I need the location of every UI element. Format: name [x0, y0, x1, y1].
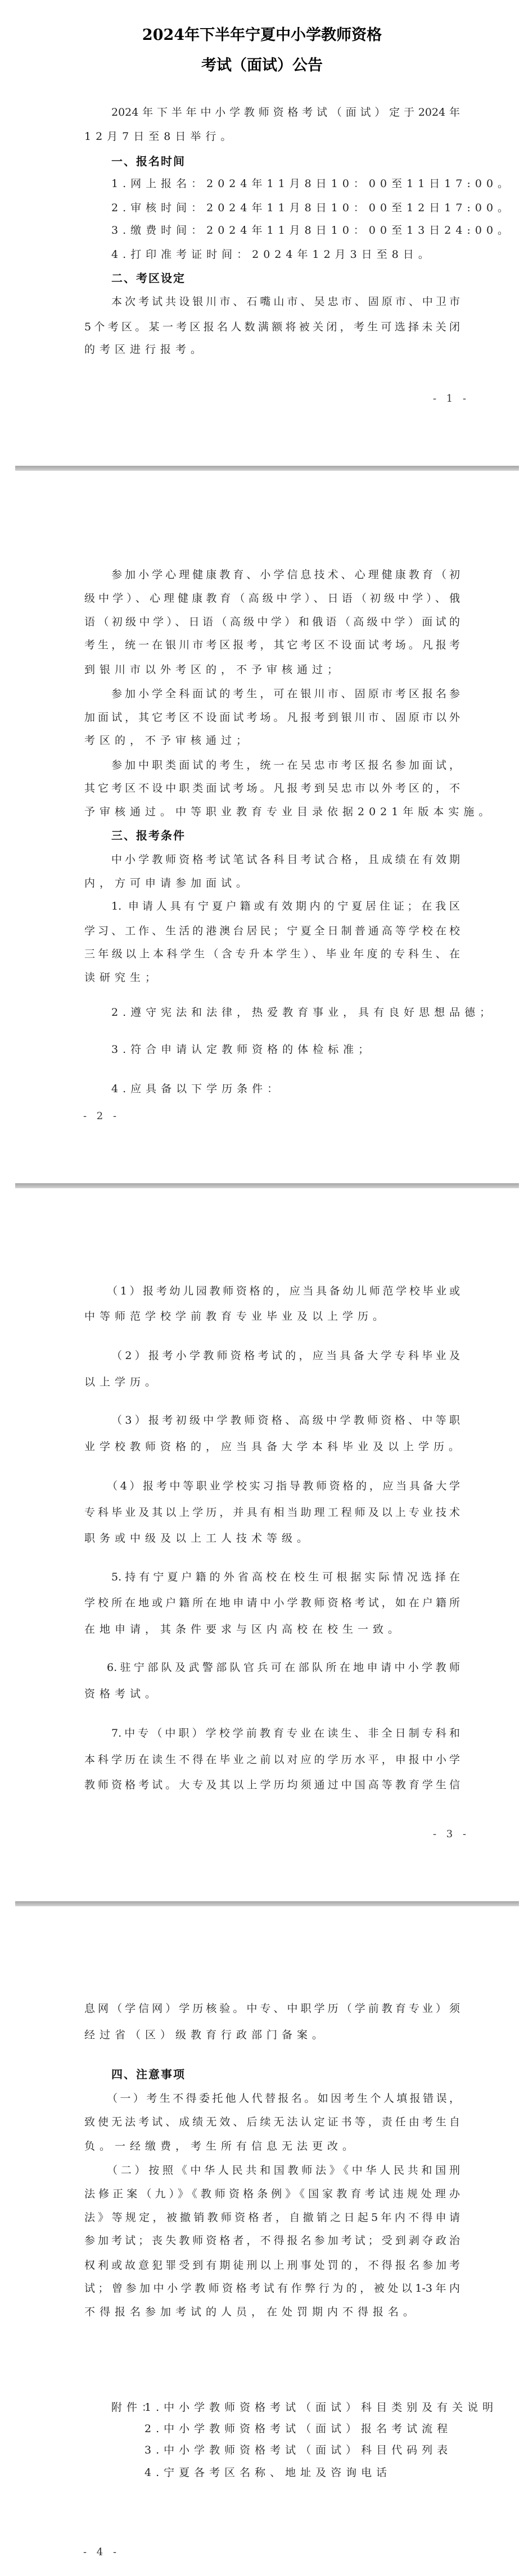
edu-req-4-line-3: 职务或中级及以上工人技术等级。: [84, 1532, 460, 1545]
edu-req-3-line-1: （3）报考初级中学教师资格、高级中学教师资格、中等职: [111, 1414, 460, 1427]
eligibility-item-7-line-2: 本科学历在读生不得在毕业之前以对应的学历水平，申报中小学: [84, 1753, 460, 1766]
page-separator-3: [15, 1901, 519, 1906]
eligibility-item-6-line-2: 资格考试。: [84, 1687, 460, 1701]
note-1-line-1: （一）考生不得委托他人代替报名。如因考生个人填报错误，: [107, 2092, 460, 2105]
eligibility-item-7-line-3: 教师资格考试。大专及其以上学历均须通过中国高等教育学生信: [84, 1778, 460, 1792]
attachment-1[interactable]: 1.中小学教师资格考试（面试）科目类别及有关说明: [144, 2401, 498, 2414]
edu-req-2-line-1: （2）报考小学教师资格考试的，应当具备大学专科毕业及: [111, 1349, 460, 1362]
page-separator-1: [15, 466, 519, 471]
registration-item-1: 1.网上报名：2024年11月8日10：00至11日17:00。: [111, 177, 460, 190]
general-para-line-3: 考区的，不予审核通过；: [84, 734, 460, 747]
eligibility-item-5-line-3: 在地申请，其条件要求与区内高校在校生一致。: [84, 1623, 460, 1636]
note-2-line-4: 参加考试；丧失教师资格者，不得报名参加考试；受到剥夺政治: [84, 2234, 460, 2247]
eligibility-para-line-1: 中小学教师资格考试笔试各科目考试合格，且成绩在有效期: [111, 853, 460, 866]
note-1-line-2: 致使无法考试、成绩无效、后续无法认定证书等，责任由考生自: [84, 2115, 460, 2129]
eligibility-item-1-line-4: 读研究生；: [84, 971, 460, 984]
note-2-line-6: 试；曾参加中小学教师资格考试有作弊行为的，被处以1-3年内: [84, 2282, 460, 2295]
edu-req-4-line-1: （4）报考中等职业学校实习指导教师资格的，应当具备大学: [107, 1479, 460, 1493]
document-title-line-2: 考试（面试）公告: [0, 56, 524, 75]
eligibility-item-5-line-1: 5.持有宁夏户籍的外省高校在校生可根据实际情况选择在: [111, 1570, 460, 1584]
page-number-4: - 4 -: [83, 2546, 120, 2559]
exam-areas-line-3: 的考区进行报考。: [84, 343, 460, 356]
general-para-line-2: 加面试，其它考区不设面试考场。凡报考到银川市、固原市以外: [84, 711, 460, 724]
exam-areas-line-1: 本次考试共设银川市、石嘴山市、吴忠市、固原市、中卫市: [111, 295, 460, 308]
edu-req-3-line-2: 业学校教师资格的，应当具备大学本科毕业及以上学历。: [84, 1440, 460, 1453]
note-2-line-7: 不得报名参加考试的人员，在处罚期内不得报名。: [84, 2305, 460, 2319]
eligibility-item-7-line-1: 7.中专（中职）学校学前教育专业在读生、非全日制专科和: [111, 1727, 460, 1740]
psych-para-line-3: 语（初级中学）、日语（高级中学）和俄语（高级中学）面试的: [84, 615, 460, 629]
attachment-2[interactable]: 2.中小学教师资格考试（面试）报名考试流程: [144, 2422, 452, 2436]
psych-para-line-1: 参加小学心理健康教育、小学信息技术、心理健康教育（初: [111, 568, 460, 581]
edu-req-1-line-2: 中等师范学校学前教育专业毕业及以上学历。: [84, 1310, 460, 1323]
page-number-3: - 3 -: [433, 1828, 469, 1841]
psych-para-line-2: 级中学）、心理健康教育（高级中学）、日语（初级中学）、俄: [84, 592, 460, 605]
eligibility-item-7-line-4: 息网（学信网）学历核验。中专、中职学历（学前教育专业）须: [84, 2002, 460, 2015]
attachment-3[interactable]: 3.中小学教师资格考试（面试）科目代码列表: [144, 2443, 452, 2457]
page-number-2: - 2 -: [83, 1110, 120, 1123]
document-title-line-1: 2024年下半年宁夏中小学教师资格: [0, 26, 524, 45]
eligibility-item-1-line-2: 学习、工作、生活的港澳台居民；宁夏全日制普通高等学校在校: [84, 924, 460, 938]
edu-req-4-line-2: 专科毕业及其以上学历，并具有相当助理工程师及以上专业技术: [84, 1506, 460, 1519]
psych-para-line-4: 考生，统一在银川市考区报考，其它考区不设面试考场。凡报考: [84, 638, 460, 652]
eligibility-item-7-line-5: 经过省（区）级教育行政部门备案。: [84, 2028, 460, 2042]
vocational-para-line-2: 其它考区不设中职类面试考场。凡报考到吴忠市以外考区的，不: [84, 782, 460, 795]
edu-req-1-line-1: （1）报考幼儿园教师资格的，应当具备幼儿师范学校毕业或: [107, 1284, 460, 1298]
exam-areas-line-2: 5个考区。某一考区报名人数满额将被关闭，考生可选择未关闭: [84, 320, 460, 334]
edu-req-2-line-2: 以上学历。: [84, 1375, 460, 1389]
intro-line-1: 2024年下半年中小学教师资格考试（面试）定于2024年: [111, 106, 460, 119]
note-2-line-1: （二）按照《中华人民共和国教师法》《中华人民共和国刑: [107, 2164, 460, 2177]
attachment-4[interactable]: 4.宁夏各考区名称、地址及咨询电话: [144, 2466, 391, 2479]
vocational-para-line-3: 予审核通过。中等职业教育专业目录依据2021年版本实施。: [84, 805, 460, 819]
page-separator-2: [15, 1183, 519, 1188]
registration-item-2: 2.审核时间：2024年11月8日10：00至12日17:00。: [111, 201, 460, 215]
eligibility-item-4: 4.应具备以下学历条件：: [111, 1082, 460, 1096]
eligibility-item-3: 3.符合申请认定教师资格的体检标准；: [111, 1043, 460, 1056]
eligibility-item-6-line-1: 6.驻宁部队及武警部队官兵可在部队所在地申请中小学教师: [107, 1661, 460, 1674]
note-2-line-5: 权利或故意犯罪受到有期徒刑以上刑事处罚的，不得报名参加考: [84, 2259, 460, 2272]
psych-para-line-5: 到银川市以外考区的，不予审核通过；: [84, 663, 460, 676]
eligibility-item-1-line-3: 三年级以上本科学生（含专升本学生）、毕业年度的专科生、在: [84, 947, 460, 961]
section-heading-eligibility: 三、报考条件: [111, 829, 487, 842]
vocational-para-line-1: 参加中职类面试的考生，统一在吴忠市考区报名参加面试，: [111, 758, 460, 772]
section-heading-notes: 四、注意事项: [111, 2068, 487, 2081]
note-2-line-2: 法修正案（九）》《教师资格条例》《国家教育考试违规处理办: [84, 2187, 460, 2201]
eligibility-para-line-2: 内，方可申请参加面试。: [84, 876, 460, 890]
section-heading-exam-areas: 二、考区设定: [111, 271, 487, 285]
section-heading-registration-time: 一、报名时间: [111, 155, 487, 168]
registration-item-4: 4.打印准考证时间：2024年12月3日至8日。: [111, 248, 460, 261]
note-1-line-3: 负。一经缴费，考生所有信息无法更改。: [84, 2139, 460, 2153]
eligibility-item-1-line-1: 1. 申请人具有宁夏户籍或有效期内的宁夏居住证；在我区: [111, 899, 460, 913]
eligibility-item-2: 2.遵守宪法和法律，热爱教育事业，具有良好思想品德；: [111, 1006, 460, 1019]
general-para-line-1: 参加小学全科面试的考生，可在银川市、固原市考区报名参: [111, 687, 460, 701]
page-number-1: - 1 -: [433, 393, 469, 405]
intro-line-2: 12月7日至8日举行。: [84, 130, 460, 143]
registration-item-3: 3.缴费时间：2024年11月8日10：00至13日24:00。: [111, 224, 460, 237]
note-2-line-3: 法》等规定，被撤销教师资格者，自撤销之日起5年内不得申请: [84, 2211, 460, 2224]
eligibility-item-5-line-2: 学校所在地或户籍所在地申请中小学教师资格考试，如在户籍所: [84, 1596, 460, 1610]
